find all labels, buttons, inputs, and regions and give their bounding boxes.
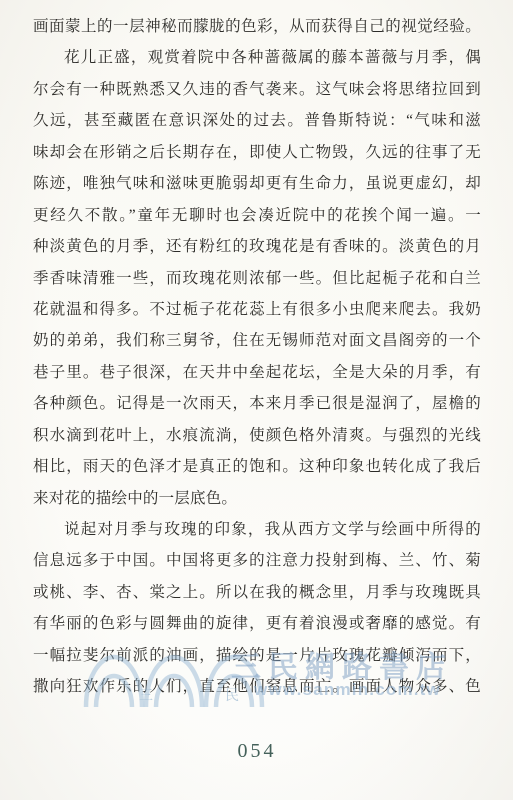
text-line: 积水滴到花叶上，水痕流淌，使颜色格外清爽。与强烈的光线 — [33, 420, 481, 451]
text-line: 花就温和得多。不过栀子花花蕊上有很多小虫爬来爬去。我奶 — [33, 294, 481, 325]
text-line: 花儿正盛，观赏着院中各种蔷薇属的藤本蔷薇与月季，偶 — [33, 42, 481, 73]
text-line: 季香味清雅一些，而玫瑰花则浓郁一些。但比起栀子花和白兰 — [33, 263, 481, 294]
text-line: 奶的弟弟，我们称三舅爷，住在无锡师范对面文昌阁旁的一个 — [33, 325, 481, 356]
text-line: 或桃、李、杏、棠之上。所以在我的概念里，月季与玫瑰既具 — [33, 577, 481, 608]
text-line: 味却会在形销之后长期存在，即使人亡物毁，久远的往事了无 — [33, 137, 481, 168]
text-line: 有华丽的色彩与圆舞曲的旋律，更有着浪漫或奢靡的感觉。有 — [33, 608, 481, 639]
text-line: 相比，雨天的色泽才是真正的饱和。这种印象也转化成了我后 — [33, 451, 481, 482]
text-line: 一幅拉斐尔前派的油画，描绘的是一片片玫瑰花瓣倾泻而下， — [33, 640, 481, 671]
text-line: 撒向狂欢作乐的人们，直至他们窒息而亡。画面人物众多、色 — [33, 671, 481, 702]
text-line: 来对花的描绘中的一层底色。 — [33, 483, 481, 514]
text-line: 画面蒙上的一层神秘而朦胧的色彩，从而获得自己的视觉经验。 — [33, 11, 481, 42]
text-line: 更经久不散。”童年无聊时也会凑近院中的花挨个闻一遍。一 — [33, 200, 481, 231]
text-line: 陈迹，唯独气味和滋味更脆弱却更有生命力，虽说更虚幻，却 — [33, 168, 481, 199]
text-line: 巷子里。巷子很深，在天井中垒起花坛，全是大朵的月季，有 — [33, 357, 481, 388]
page-number: 054 — [33, 740, 481, 763]
text-line: 说起对月季与玫瑰的印象，我从西方文学与绘画中所得的 — [33, 514, 481, 545]
text-line: 久远，甚至藏匿在意识深处的过去。普鲁斯特说：“气味和滋 — [33, 105, 481, 136]
text-line: 信息远多于中国。中国将更多的注意力投射到梅、兰、竹、菊 — [33, 545, 481, 576]
text-line: 各种颜色。记得是一次雨天，本来月季已很是湿润了，屋檐的 — [33, 388, 481, 419]
text-line: 尔会有一种既熟悉又久违的香气袭来。这气味会将思绪拉回到 — [33, 74, 481, 105]
body-text: 画面蒙上的一层神秘而朦胧的色彩，从而获得自己的视觉经验。花儿正盛，观赏着院中各种… — [33, 11, 481, 703]
text-line: 种淡黄色的月季，还有粉红的玫瑰花是有香味的。淡黄色的月 — [33, 231, 481, 262]
